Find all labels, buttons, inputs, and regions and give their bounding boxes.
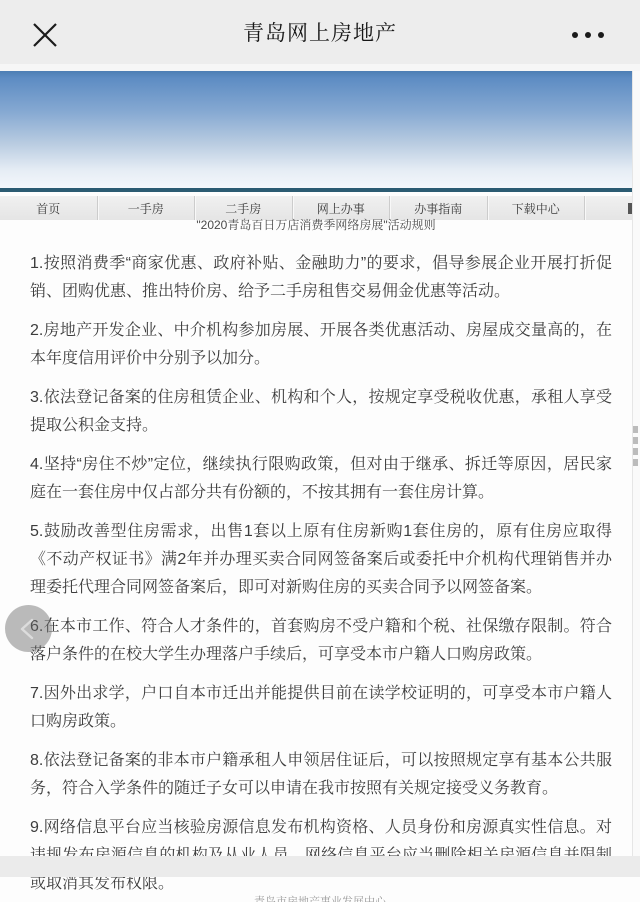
rule-paragraph-8: 8.依法登记备案的非本市户籍承租人申领居住证后，可以按照规定享有基本公共服务，符… xyxy=(30,747,612,803)
app-window: 青岛网上房地产 首页 一手房 二手房 网上办事 办事指南 下载中心 "2020青… xyxy=(0,0,640,902)
rule-paragraph-3: 3.依法登记备案的住房租赁企业、机构和个人，按规定享受税收优惠，承租人享受提取公… xyxy=(30,384,612,440)
back-float-button[interactable] xyxy=(5,605,52,652)
page-footer-text: 青岛市房地产事业发展中心 xyxy=(0,893,640,902)
rule-paragraph-5: 5.鼓励改善型住房需求，出售1套以上原有住房新购1套住房的，原有住房应取得《不动… xyxy=(30,518,612,602)
wechat-titlebar: 青岛网上房地产 xyxy=(0,0,640,64)
page-title: 青岛网上房地产 xyxy=(0,0,640,64)
rule-paragraph-4: 4.坚持“房住不炒”定位，继续执行限购政策，但对由于继承、拆迁等原因，居民家庭在… xyxy=(30,451,612,507)
hero-banner xyxy=(0,71,632,192)
bottom-gray-band xyxy=(0,856,640,877)
activity-rules-subtitle: "2020青岛百日万店消费季网络房展"活动规则 xyxy=(0,216,632,233)
rule-paragraph-6: 6.在本市工作、符合人才条件的，首套购房不受户籍和个税、社保缴存限制。符合落户条… xyxy=(30,613,612,669)
rule-paragraph-7: 7.因外出求学，户口自本市迁出并能提供目前在读学校证明的，可享受本市户籍人口购房… xyxy=(30,680,612,736)
rule-paragraph-1: 1.按照消费季“商家优惠、政府补贴、金融助力”的要求，倡导参展企业开展打折促销、… xyxy=(30,250,612,306)
titlebar-divider xyxy=(0,64,640,71)
chevron-left-icon xyxy=(17,618,37,640)
edge-widget-marks xyxy=(633,426,639,466)
rule-paragraph-2: 2.房地产开发企业、中介机构参加房展、开展各类优惠活动、房屋成交量高的，在本年度… xyxy=(30,317,612,373)
more-menu-icon[interactable] xyxy=(572,30,604,40)
rules-article: 1.按照消费季“商家优惠、政府补贴、金融助力”的要求，倡导参展企业开展打折促销、… xyxy=(0,250,632,902)
